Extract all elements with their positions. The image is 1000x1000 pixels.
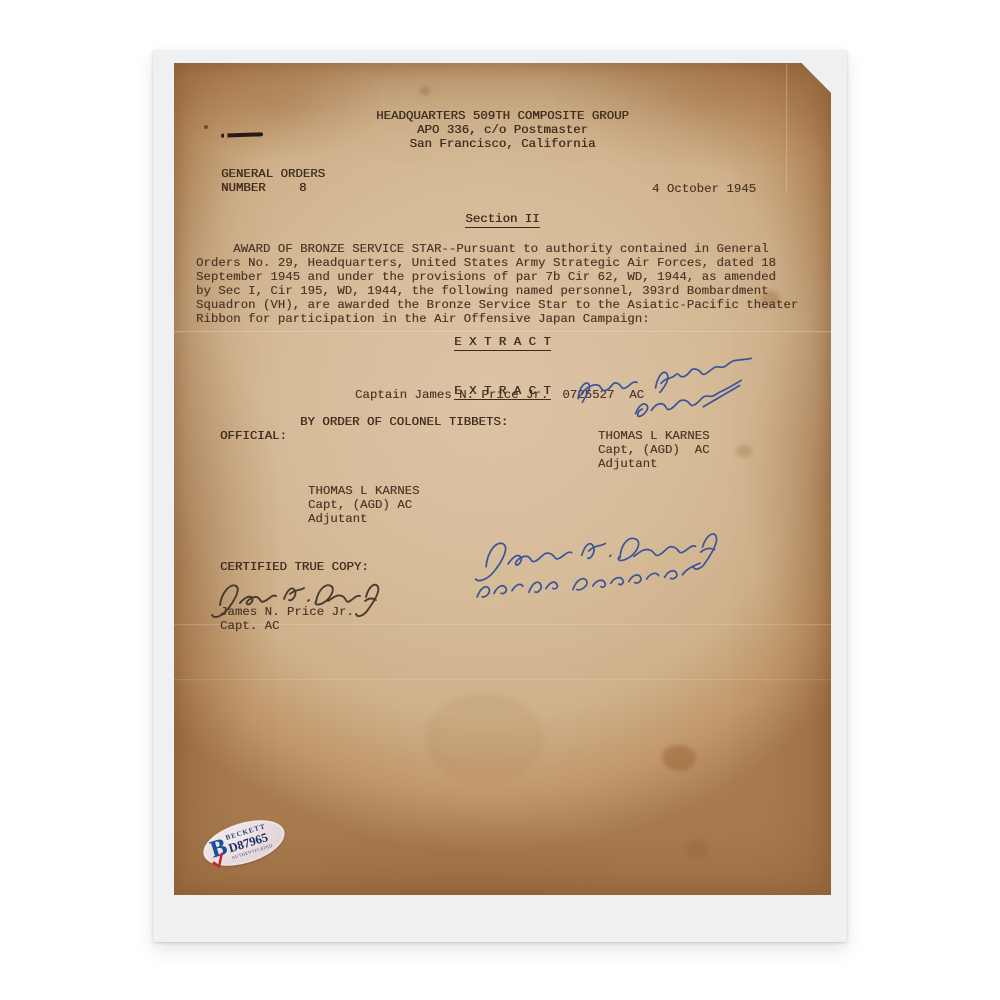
letterhead-line-1: HEADQUARTERS 509TH COMPOSITE GROUP [174, 109, 831, 123]
extract-heading-1: E X T R A C T [174, 335, 831, 351]
by-order-line: BY ORDER OF COLONEL TIBBETS: [300, 415, 508, 429]
adjutant-block-left-line: Adjutant [308, 512, 368, 526]
letterhead-line-2: APO 336, c/o Postmaster [174, 123, 831, 137]
adjutant-block-right-line: Capt, (AGD) AC [598, 443, 710, 457]
age-stain [420, 87, 430, 95]
age-stain [736, 445, 752, 457]
body-line: AWARD OF BRONZE SERVICE STAR--Pursuant t… [196, 242, 769, 256]
document-date: 4 October 1945 [652, 182, 756, 196]
certified-typed-name: James N. Price Jr. [220, 605, 354, 619]
beckett-authentication-sticker: B BECKETT D87965 AUTHENTICATED [198, 812, 290, 875]
fold-crease [174, 679, 831, 681]
age-stain [662, 745, 696, 771]
official-label: OFFICIAL: [220, 429, 287, 443]
adjutant-block-right-line: Adjutant [598, 457, 658, 471]
body-line: September 1945 and under the provisions … [196, 270, 776, 284]
age-stain [686, 841, 708, 859]
body-line: Squadron (VH), are awarded the Bronze Se… [196, 298, 798, 312]
body-line: Orders No. 29, Headquarters, United Stat… [196, 256, 776, 270]
fold-crease [174, 331, 831, 333]
age-stain [424, 693, 544, 783]
body-line: Ribbon for participation in the Air Offe… [196, 312, 650, 326]
adjutant-block-right-line: THOMAS L KARNES [598, 429, 710, 443]
adjutant-block-left-line: THOMAS L KARNES [308, 484, 420, 498]
document-page: HEADQUARTERS 509TH COMPOSITE GROUP APO 3… [174, 63, 831, 895]
section-heading: Section II [174, 212, 831, 228]
body-line: by Sec I, Cir 195, WD, 1944, the followi… [196, 284, 769, 298]
product-photo: HEADQUARTERS 509TH COMPOSITE GROUP APO 3… [0, 0, 1000, 1000]
letterhead-line-3: San Francisco, California [174, 137, 831, 151]
orders-number: 8 [299, 181, 306, 195]
photo-print: HEADQUARTERS 509TH COMPOSITE GROUP APO 3… [153, 50, 847, 942]
certified-typed-rank: Capt. AC [220, 619, 280, 633]
price-signature [459, 518, 722, 605]
orders-label: GENERAL ORDERS [221, 167, 325, 181]
orders-number-label: NUMBER [221, 181, 266, 195]
adjutant-block-left-line: Capt, (AGD) AC [308, 498, 412, 512]
